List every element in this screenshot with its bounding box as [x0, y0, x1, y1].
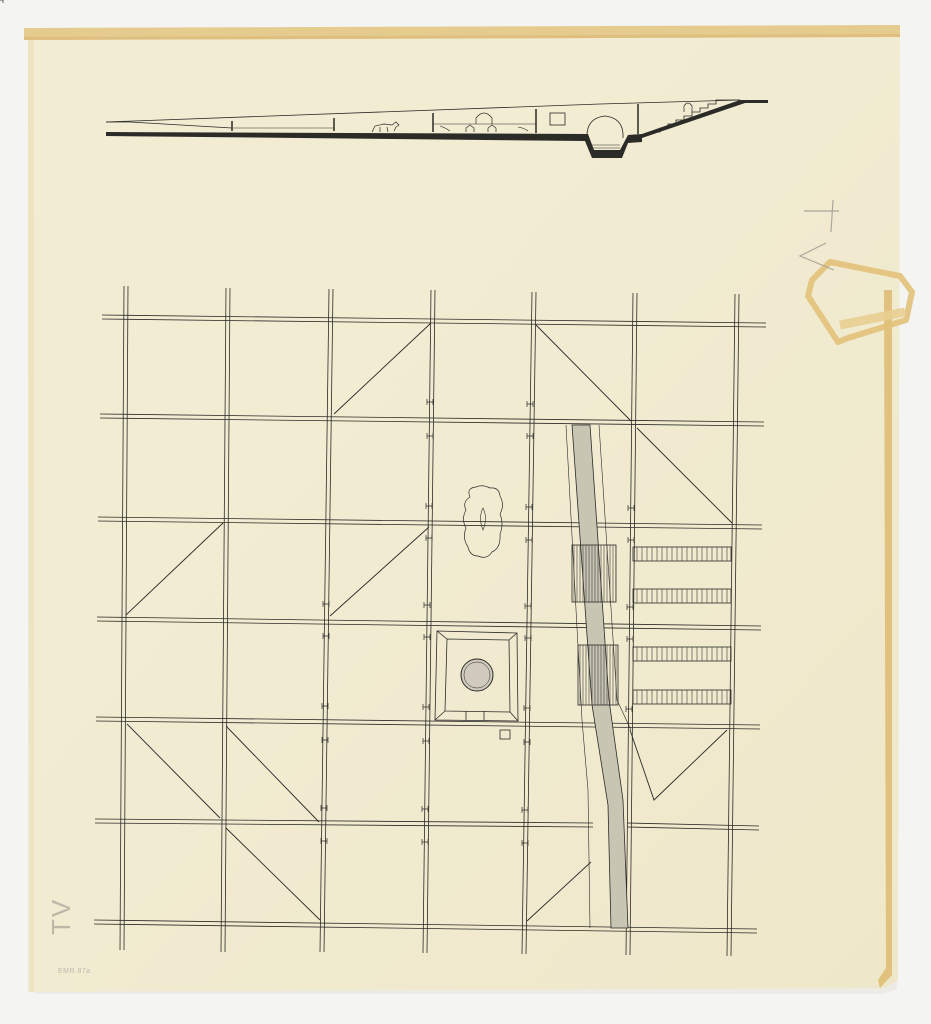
margin-initials: TV: [46, 898, 77, 935]
accession-number: EMR.87a: [58, 968, 91, 975]
canal-steps-upper: [572, 545, 616, 602]
drawing-canvas: [0, 0, 931, 1024]
drawing-sheet: TV EMR.87a: [0, 0, 931, 1024]
tracing-paper: [28, 30, 900, 992]
canal-steps-lower: [578, 645, 618, 705]
round-fountain: [461, 659, 493, 691]
